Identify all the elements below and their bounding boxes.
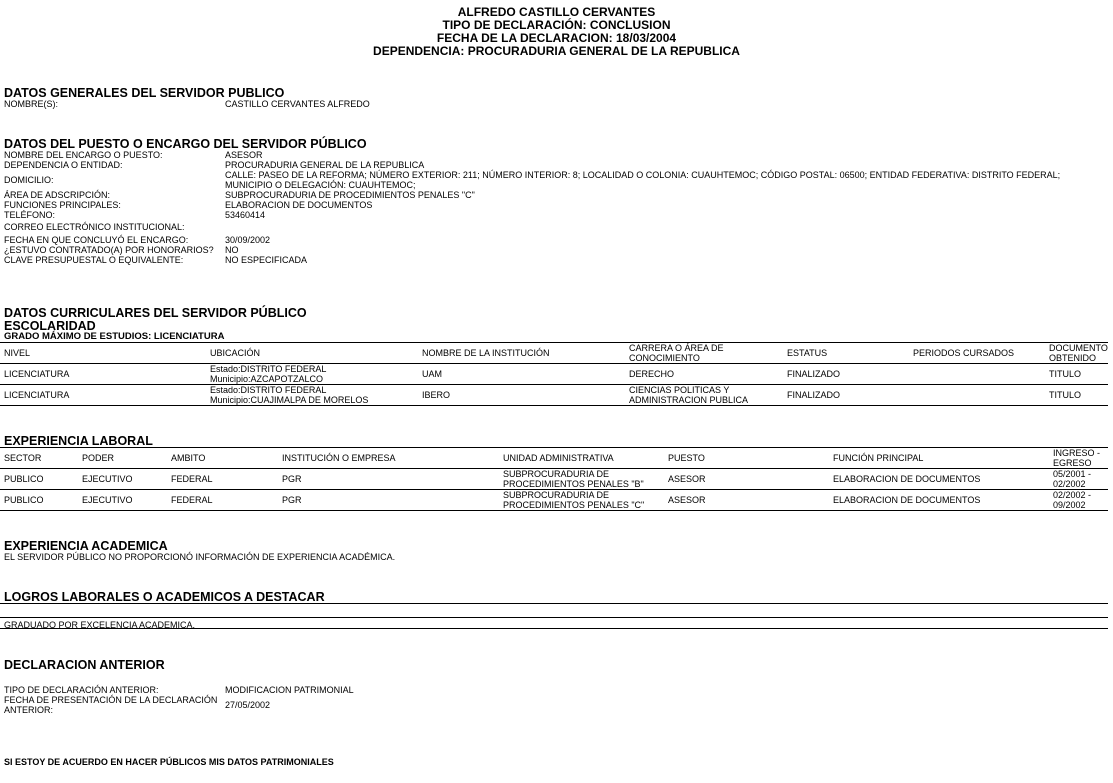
field-row: CORREO ELECTRÓNICO INSTITUCIONAL:	[4, 222, 1074, 234]
cell-periodo: 02/2002 - 09/2002	[1049, 490, 1108, 511]
field-value: 30/09/2002	[225, 235, 1074, 245]
datos-puesto-fields: NOMBRE DEL ENCARGO O PUESTO:ASESOR DEPEN…	[4, 150, 1074, 265]
cell-documento: TITULO	[1045, 385, 1108, 406]
cell-poder: EJECUTIVO	[78, 490, 167, 511]
cell-documento: TITULO	[1045, 364, 1108, 385]
section-title-declaracion-anterior: DECLARACION ANTERIOR	[4, 659, 165, 672]
field-label: CLAVE PRESUPUESTAL O EQUIVALENTE:	[4, 255, 225, 265]
field-value: SUBPROCURADURIA DE PROCEDIMIENTOS PENALE…	[225, 190, 1074, 200]
table-header-row: SECTOR PODER AMBITO INSTITUCIÓN O EMPRES…	[0, 448, 1108, 469]
field-label: FECHA DE PRESENTACIÓN DE LA DECLARACIÓN …	[4, 695, 221, 715]
cell-nivel: LICENCIATURA	[0, 385, 206, 406]
field-value: ELABORACION DE DOCUMENTOS	[225, 200, 1074, 210]
column-header: AMBITO	[167, 448, 278, 469]
column-header: PODER	[78, 448, 167, 469]
cell-ambito: FEDERAL	[167, 490, 278, 511]
field-row: CLAVE PRESUPUESTAL O EQUIVALENTE:NO ESPE…	[4, 255, 1074, 265]
cell-nivel: LICENCIATURA	[0, 364, 206, 385]
datos-generales-fields: NOMBRE(S): CASTILLO CERVANTES ALFREDO	[4, 99, 370, 109]
column-header: UBICACIÓN	[206, 343, 418, 364]
field-label: DEPENDENCIA O ENTIDAD:	[4, 160, 225, 170]
field-row: DEPENDENCIA O ENTIDAD:PROCURADURIA GENER…	[4, 160, 1074, 170]
cell-ubicacion: Estado:DISTRITO FEDERALMunicipio:AZCAPOT…	[206, 364, 418, 385]
column-header: INGRESO - EGRESO	[1049, 448, 1108, 469]
column-header: ESTATUS	[783, 343, 909, 364]
cell-sector: PUBLICO	[0, 469, 78, 490]
field-row: TELÉFONO:53460414	[4, 210, 1074, 220]
cell-estatus: FINALIZADO	[783, 385, 909, 406]
ubicacion-estado: Estado:DISTRITO FEDERAL	[210, 385, 418, 395]
field-value: MODIFICACION PATRIMONIAL	[225, 685, 354, 695]
column-header: NIVEL	[0, 343, 206, 364]
cell-poder: EJECUTIVO	[78, 469, 167, 490]
field-label: DOMICILIO:	[4, 175, 225, 185]
divider	[0, 628, 1108, 629]
field-label: NOMBRE(S):	[4, 99, 225, 109]
column-header: INSTITUCIÓN O EMPRESA	[278, 448, 499, 469]
field-label: ¿ESTUVO CONTRATADO(A) POR HONORARIOS?	[4, 245, 225, 255]
grado-maximo: GRADO MÁXIMO DE ESTUDIOS: LICENCIATURA	[4, 332, 224, 342]
column-header: UNIDAD ADMINISTRATIVA	[499, 448, 664, 469]
cell-sector: PUBLICO	[0, 490, 78, 511]
cell-institucion: IBERO	[418, 385, 625, 406]
experiencia-academica-text: EL SERVIDOR PÚBLICO NO PROPORCIONÓ INFOR…	[4, 552, 395, 562]
field-value: 53460414	[225, 210, 1074, 220]
cell-carrera: CIENCIAS POLITICAS Y ADMINISTRACION PUBL…	[625, 385, 783, 406]
field-value: ASESOR	[225, 150, 1074, 160]
cell-ambito: FEDERAL	[167, 469, 278, 490]
field-row: FECHA EN QUE CONCLUYÓ EL ENCARGO:30/09/2…	[4, 235, 1074, 245]
ubicacion-municipio: Municipio:CUAJIMALPA DE MORELOS	[210, 395, 418, 405]
column-header: NOMBRE DE LA INSTITUCIÓN	[418, 343, 625, 364]
cell-carrera: DERECHO	[625, 364, 783, 385]
cell-periodo: 05/2001 - 02/2002	[1049, 469, 1108, 490]
field-row: DOMICILIO:CALLE: PASEO DE LA REFORMA; NÚ…	[4, 170, 1074, 190]
field-row: FUNCIONES PRINCIPALES:ELABORACION DE DOC…	[4, 200, 1074, 210]
cell-funcion: ELABORACION DE DOCUMENTOS	[829, 490, 1049, 511]
cell-unidad: SUBPROCURADURIA DE PROCEDIMIENTOS PENALE…	[499, 469, 664, 490]
cell-puesto: ASESOR	[664, 469, 829, 490]
column-header: PERIODOS CURSADOS	[909, 343, 1045, 364]
field-value: NO	[225, 245, 1074, 255]
field-row: ÁREA DE ADSCRIPCIÓN:SUBPROCURADURIA DE P…	[4, 190, 1074, 200]
cell-periodos	[909, 385, 1045, 406]
column-header: SECTOR	[0, 448, 78, 469]
field-row: ¿ESTUVO CONTRATADO(A) POR HONORARIOS?NO	[4, 245, 1074, 255]
field-value: CALLE: PASEO DE LA REFORMA; NÚMERO EXTER…	[225, 170, 1074, 190]
field-value: NO ESPECIFICADA	[225, 255, 1074, 265]
field-row: NOMBRE(S): CASTILLO CERVANTES ALFREDO	[4, 99, 370, 109]
cell-institucion: PGR	[278, 490, 499, 511]
experiencia-laboral-table: SECTOR PODER AMBITO INSTITUCIÓN O EMPRES…	[0, 447, 1108, 511]
cell-funcion: ELABORACION DE DOCUMENTOS	[829, 469, 1049, 490]
declaracion-anterior-fields: TIPO DE DECLARACIÓN ANTERIOR:MODIFICACIO…	[4, 685, 354, 715]
field-label: NOMBRE DEL ENCARGO O PUESTO:	[4, 150, 225, 160]
table-row: LICENCIATURA Estado:DISTRITO FEDERALMuni…	[0, 364, 1108, 385]
table-row: PUBLICO EJECUTIVO FEDERAL PGR SUBPROCURA…	[0, 469, 1108, 490]
divider	[0, 617, 1108, 618]
cell-ubicacion: Estado:DISTRITO FEDERALMunicipio:CUAJIMA…	[206, 385, 418, 406]
column-header: PUESTO	[664, 448, 829, 469]
document-header: ALFREDO CASTILLO CERVANTES TIPO DE DECLA…	[0, 6, 1113, 58]
declaration-agency: DEPENDENCIA: PROCURADURIA GENERAL DE LA …	[0, 45, 1113, 58]
field-row: FECHA DE PRESENTACIÓN DE LA DECLARACIÓN …	[4, 695, 354, 715]
field-row: NOMBRE DEL ENCARGO O PUESTO:ASESOR	[4, 150, 1074, 160]
cell-institucion: UAM	[418, 364, 625, 385]
column-header: FUNCIÓN PRINCIPAL	[829, 448, 1049, 469]
divider	[0, 603, 1108, 604]
field-label: FUNCIONES PRINCIPALES:	[4, 200, 225, 210]
cell-institucion: PGR	[278, 469, 499, 490]
field-row: TIPO DE DECLARACIÓN ANTERIOR:MODIFICACIO…	[4, 685, 354, 695]
table-row: LICENCIATURA Estado:DISTRITO FEDERALMuni…	[0, 385, 1108, 406]
cell-unidad: SUBPROCURADURIA DE PROCEDIMIENTOS PENALE…	[499, 490, 664, 511]
field-label: ÁREA DE ADSCRIPCIÓN:	[4, 190, 225, 200]
field-value: 27/05/2002	[225, 700, 354, 710]
field-value: PROCURADURIA GENERAL DE LA REPUBLICA	[225, 160, 1074, 170]
table-header-row: NIVEL UBICACIÓN NOMBRE DE LA INSTITUCIÓN…	[0, 343, 1108, 364]
column-header: CARRERA O ÁREA DE CONOCIMIENTO	[625, 343, 783, 364]
ubicacion-estado: Estado:DISTRITO FEDERAL	[210, 364, 418, 374]
column-header: DOCUMENTO OBTENIDO	[1045, 343, 1108, 364]
consentimiento-text: SI ESTOY DE ACUERDO EN HACER PÚBLICOS MI…	[4, 757, 334, 767]
field-label: TELÉFONO:	[4, 210, 225, 220]
field-value: CASTILLO CERVANTES ALFREDO	[225, 99, 370, 109]
cell-puesto: ASESOR	[664, 490, 829, 511]
field-label: CORREO ELECTRÓNICO INSTITUCIONAL:	[4, 222, 304, 234]
cell-estatus: FINALIZADO	[783, 364, 909, 385]
ubicacion-municipio: Municipio:AZCAPOTZALCO	[210, 374, 418, 384]
escolaridad-table: NIVEL UBICACIÓN NOMBRE DE LA INSTITUCIÓN…	[0, 342, 1108, 406]
field-value	[304, 222, 1074, 234]
cell-periodos	[909, 364, 1045, 385]
field-label: FECHA EN QUE CONCLUYÓ EL ENCARGO:	[4, 235, 225, 245]
field-label: TIPO DE DECLARACIÓN ANTERIOR:	[4, 685, 225, 695]
table-row: PUBLICO EJECUTIVO FEDERAL PGR SUBPROCURA…	[0, 490, 1108, 511]
